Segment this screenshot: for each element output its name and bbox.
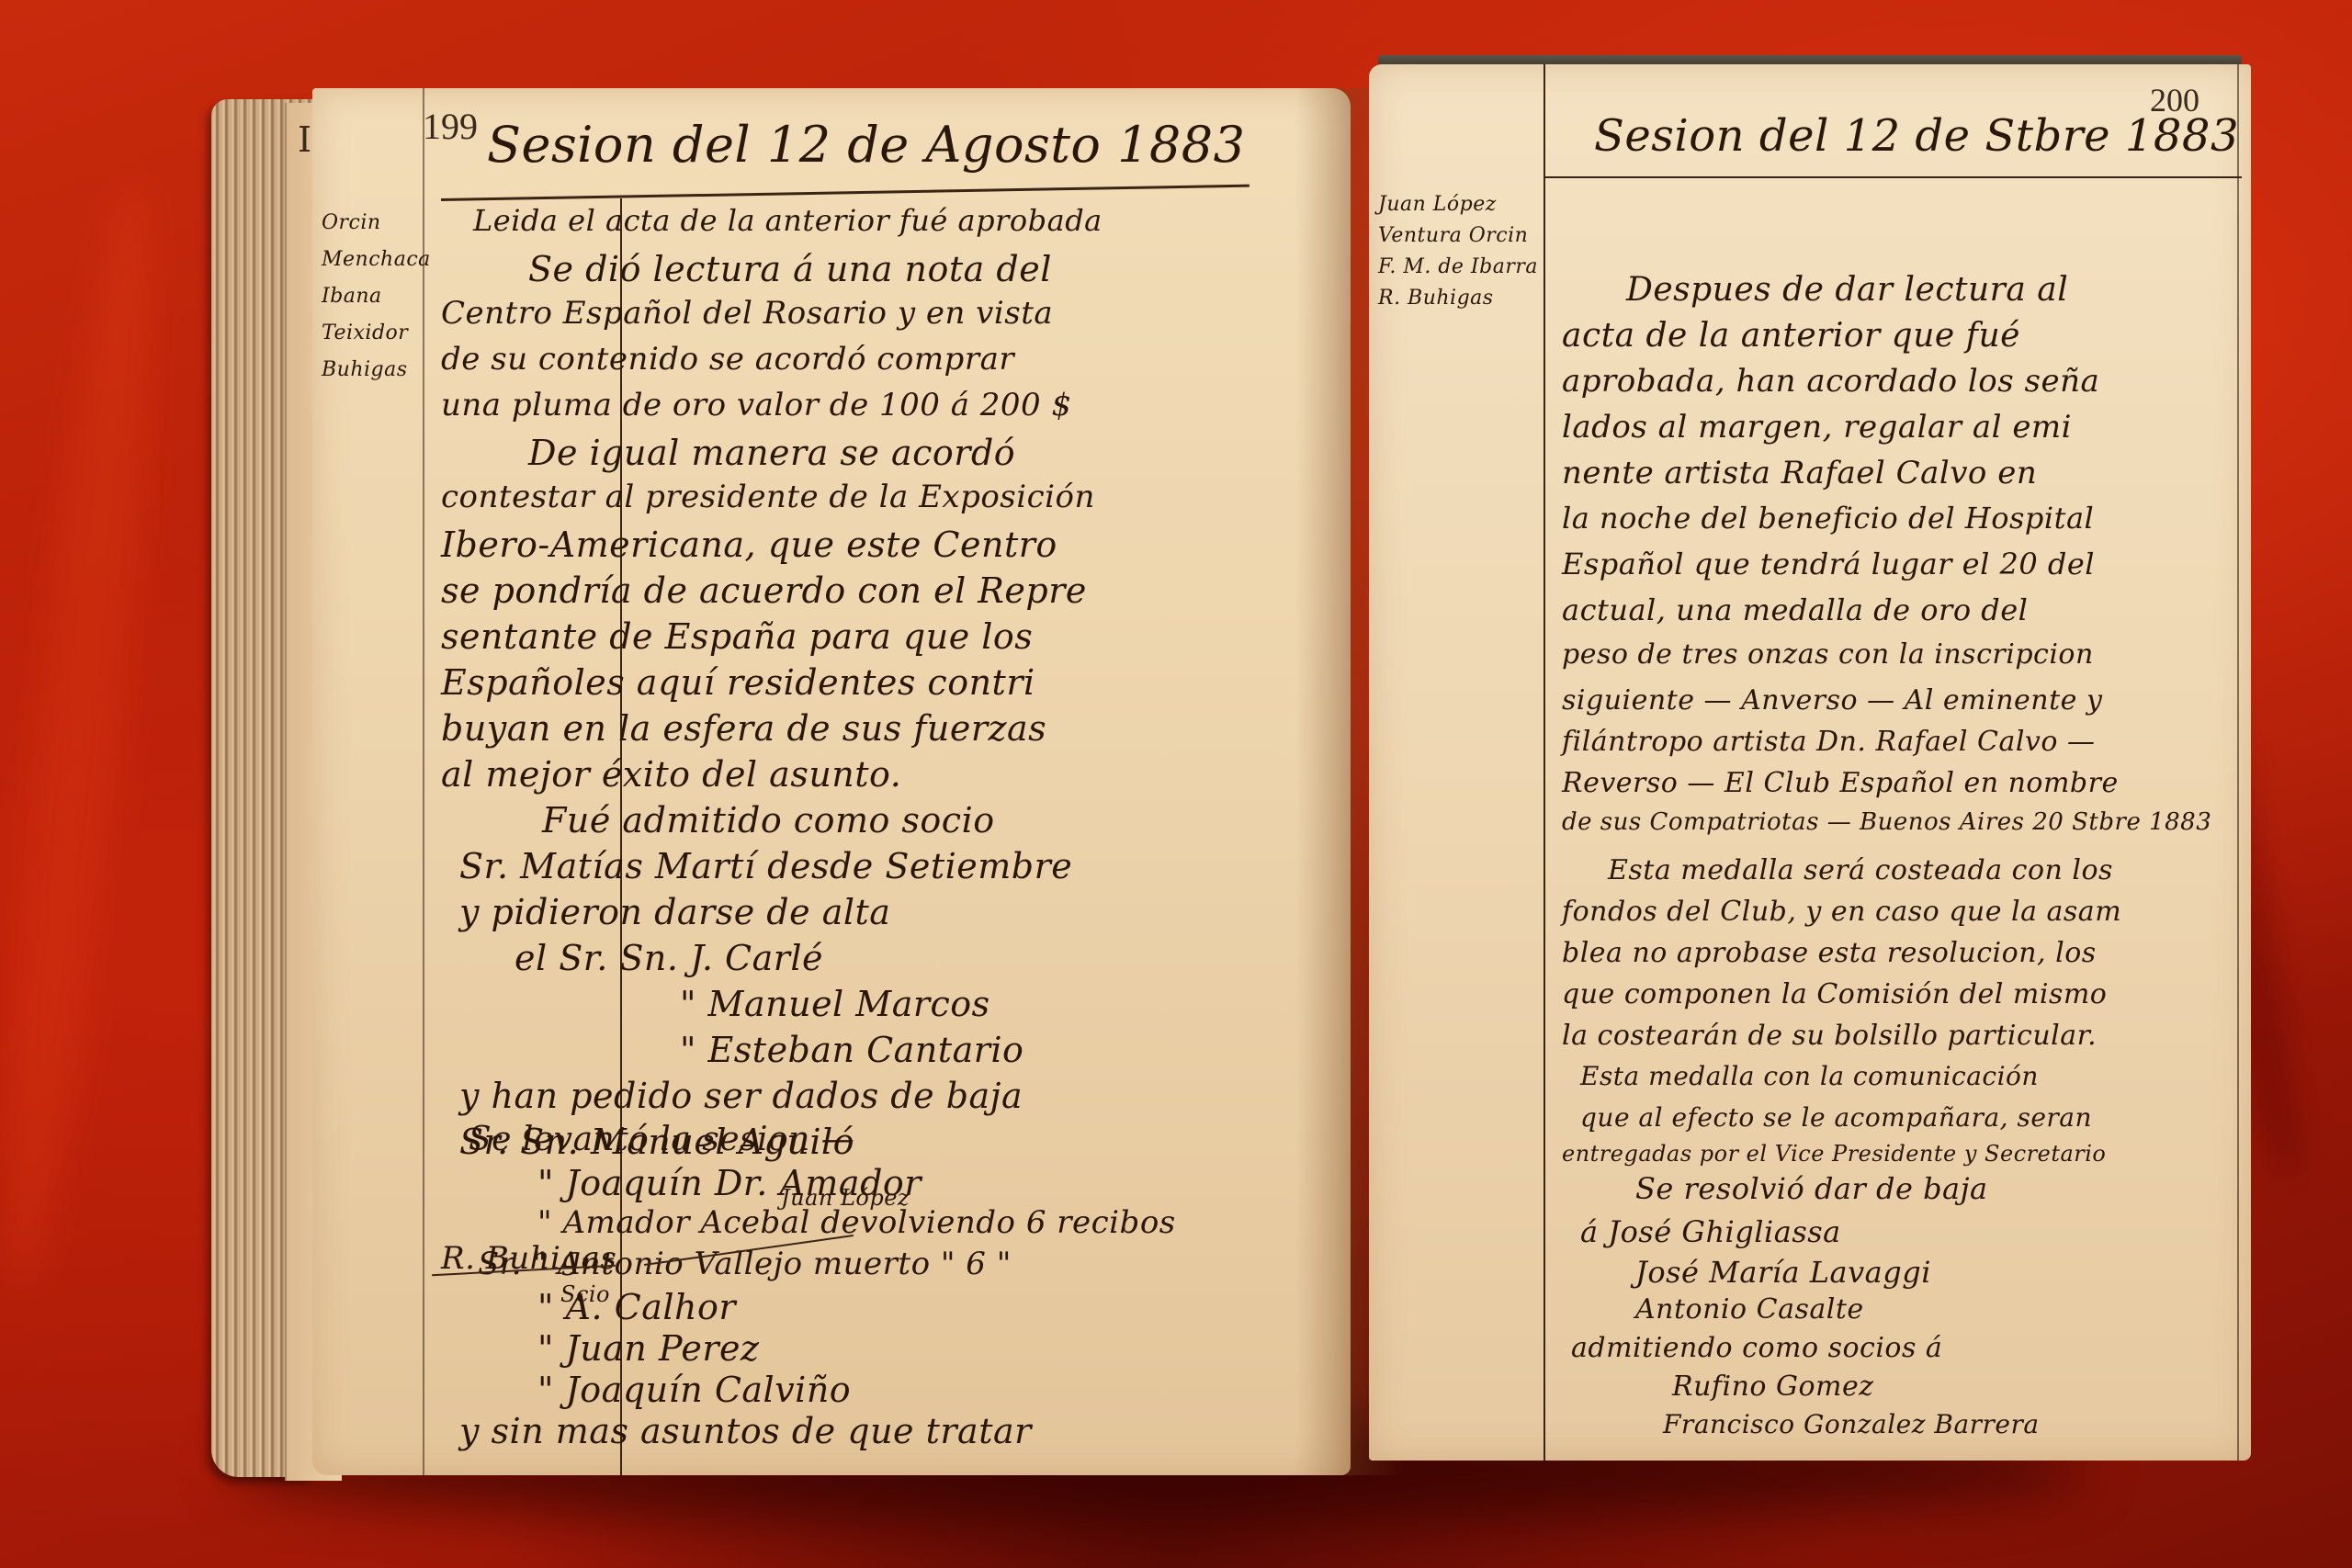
minutes-line: se pondría de acuerdo con el Repre: [441, 570, 1087, 611]
minutes-line: Centro Español del Rosario y en vista: [441, 295, 1053, 332]
minutes-line: lados al margen, regalar al emi: [1562, 409, 2072, 446]
right-page: 200 Sesion del 12 de Stbre 1883 Juan Lóp…: [1369, 64, 2251, 1461]
margin-name: Ventura Orcin: [1378, 220, 1528, 252]
secretary-title: Scio: [560, 1281, 610, 1307]
minutes-line: " Manuel Marcos: [680, 984, 990, 1024]
minutes-line: de sus Compatriotas — Buenos Aires 20 St…: [1562, 808, 2211, 836]
session-title: Sesion del 12 de Agosto 1883: [487, 116, 1246, 174]
minutes-line: la costearán de su bolsillo particular.: [1562, 1020, 2097, 1052]
page-border-rule: [423, 88, 424, 1475]
minutes-line: Despues de dar lectura al: [1626, 271, 2068, 309]
minutes-line: y han pedido ser dados de baja: [459, 1076, 1023, 1116]
minutes-line: la noche del beneficio del Hospital: [1562, 501, 2094, 536]
minutes-line: nente artista Rafael Calvo en: [1562, 455, 2037, 491]
page-number: 199: [423, 105, 478, 148]
minutes-line: " Esteban Cantario: [680, 1030, 1023, 1070]
margin-name: Menchaca: [322, 244, 431, 276]
margin-rule: [1543, 64, 1545, 1461]
minutes-line: el Sr. Sn. J. Carlé: [514, 938, 823, 978]
minutes-line: José María Lavaggi: [1635, 1255, 1931, 1290]
margin-name: Ibana: [322, 281, 382, 312]
title-underline: [1543, 176, 2242, 178]
minutes-line: entregadas por el Vice Presidente y Secr…: [1562, 1141, 2106, 1167]
minutes-line: Antonio Casalte: [1635, 1293, 1864, 1325]
minutes-line: Se resolvió dar de baja: [1635, 1171, 1988, 1206]
minutes-line: Esta medalla con la comunicación: [1580, 1061, 2039, 1091]
minutes-line: aprobada, han acordado los seña: [1562, 363, 2099, 400]
minutes-line: acta de la anterior que fué: [1562, 317, 2020, 355]
minutes-line: admitiendo como socios á: [1571, 1332, 1942, 1364]
page-border-rule: [2237, 64, 2239, 1461]
minutes-line: peso de tres onzas con la inscripcion: [1562, 638, 2094, 671]
minutes-line: fondos del Club, y en caso que la asam: [1562, 896, 2121, 928]
minutes-line: " Juan Perez: [537, 1328, 760, 1369]
margin-name: F. M. de Ibarra: [1378, 252, 1538, 283]
minutes-line: Leida el acta de la anterior fué aprobad…: [473, 203, 1102, 238]
minutes-line: Esta medalla será costeada con los: [1608, 854, 2113, 886]
margin-name: Teixidor: [322, 318, 408, 349]
minutes-line: sentante de España para que los: [441, 616, 1033, 657]
closing-line: Se levantó la sesion —: [469, 1121, 854, 1158]
minutes-line: una pluma de oro valor de 100 á 200 $: [441, 387, 1072, 423]
margin-name: R. Buhigas: [1378, 283, 1494, 314]
minutes-line: Fué admitido como socio: [542, 800, 995, 840]
minutes-line: Español que tendrá lugar el 20 del: [1562, 547, 2095, 581]
underlying-page-number: I: [298, 119, 311, 160]
margin-name: Orcin: [322, 208, 381, 239]
minutes-line: Ibero-Americana, que este Centro: [441, 525, 1057, 565]
session-title: Sesion del 12 de Stbre 1883: [1594, 110, 2239, 162]
secretary-signature: R. Buhigas: [441, 1240, 616, 1277]
minutes-line: que componen la Comisión del mismo: [1562, 978, 2107, 1010]
minutes-line: contestar al presidente de la Exposición: [441, 479, 1095, 515]
minutes-line: Se dió lectura á una nota del: [528, 249, 1052, 289]
cloth-fold: [0, 183, 176, 1288]
minutes-line: Sr. Matías Martí desde Setiembre: [459, 846, 1072, 886]
minutes-line: y sin mas asuntos de que tratar: [459, 1411, 1032, 1451]
minutes-line: siguiente — Anverso — Al eminente y: [1562, 684, 2102, 716]
minutes-line: Rufino Gomez: [1672, 1371, 1874, 1403]
margin-name: Buhigas: [322, 355, 408, 386]
title-underline: [441, 185, 1249, 201]
president-signature: Juan López: [781, 1185, 910, 1211]
minutes-line: filántropo artista Dn. Rafael Calvo —: [1562, 726, 2095, 758]
minutes-line: á José Ghigliassa: [1580, 1214, 1841, 1249]
minutes-line: " Joaquín Calviño: [537, 1370, 851, 1410]
margin-name: Juan López: [1378, 189, 1497, 220]
minutes-line: buyan en la esfera de sus fuerzas: [441, 708, 1046, 749]
minutes-line: Reverso — El Club Español en nombre: [1562, 767, 2119, 799]
minutes-line: Francisco Gonzalez Barrera: [1663, 1409, 2040, 1439]
minutes-line: Españoles aquí residentes contri: [441, 662, 1035, 703]
minutes-line: De igual manera se acordó: [528, 433, 1015, 473]
minutes-line: al mejor éxito del asunto.: [441, 754, 901, 795]
minutes-line: blea no aprobase esta resolucion, los: [1562, 937, 2097, 969]
minutes-line: y pidieron darse de alta: [459, 892, 890, 932]
minutes-line: actual, una medalla de oro del: [1562, 592, 2028, 627]
minutes-line: de su contenido se acordó comprar: [441, 341, 1014, 378]
minutes-line: que al efecto se le acompañara, seran: [1580, 1102, 2092, 1133]
open-ledger-book: I 199 Sesion del 12 de Agosto 1883 Orcin…: [211, 55, 2076, 1479]
